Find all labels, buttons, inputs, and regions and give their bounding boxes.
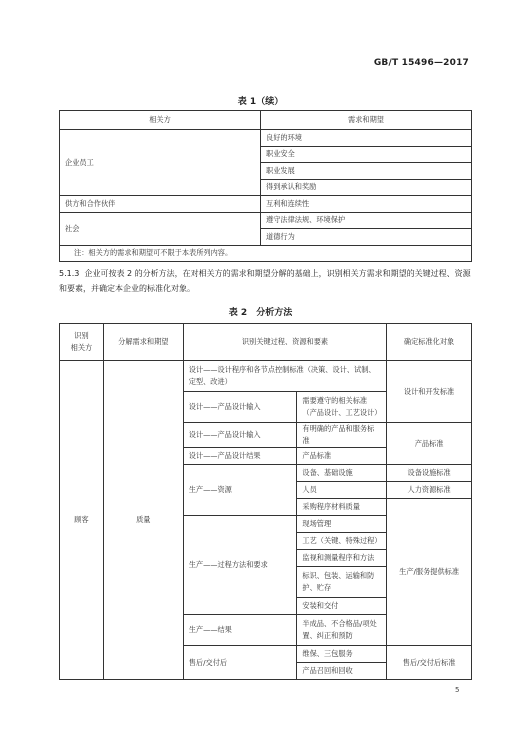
table-row: 社会 遵守法律法规、环境保护 [60,212,472,229]
element-cell: 采购程序材料质量 [297,499,387,516]
element-cell: 设备、基础设施 [297,465,387,482]
process-cell: 生产——过程方法和要求 [183,516,297,615]
table-note-row: 注：相关方的需求和期望可不限于本表所列内容。 [60,245,472,262]
table-1-stakeholders: 相关方 需求和期望 企业员工 良好的环境 职业安全 职业发展 得到承认和奖励 供… [59,110,472,262]
element-cell: 产品标准 [297,448,387,465]
col-header-identify: 识别关键过程、资源和要素 [183,324,386,361]
table-row: 企业员工 良好的环境 [60,130,472,147]
need-cell: 得到承认和奖励 [261,179,472,196]
col-header-needs: 需求和期望 [261,111,472,130]
process-cell: 设计——产品设计结果 [183,448,297,465]
col-header-object: 确定标准化对象 [387,324,472,361]
need-cell: 良好的环境 [261,130,472,147]
object-cell: 设备设施标准 [387,465,472,482]
element-cell: 半成品、不合格品/项处置、纠正和预防 [297,615,387,646]
need-cell: 职业发展 [261,163,472,180]
table-2-analysis-method: 识别 相关方 分解需求和期望 识别关键过程、资源和要素 确定标准化对象 顾客 质… [59,323,472,680]
element-cell: 有明确的产品和服务标准 [297,423,387,448]
element-cell: 监视和测量程序和方法 [297,550,387,567]
object-cell: 售后/交付后标准 [387,646,472,680]
process-cell: 设计——设计程序和各节点控制标准（决策、设计、试制、定型、改进） [183,361,386,392]
need-cell: 质量 [103,361,183,680]
table-note: 注：相关方的需求和期望可不限于本表所列内容。 [60,245,472,262]
need-cell: 道德行为 [261,229,472,246]
process-cell: 生产——结果 [183,615,297,646]
need-cell: 遵守法律法规、环境保护 [261,212,472,229]
table2-caption: 表 2 分析方法 [0,305,521,318]
clause-5-1-3: 5.1.3 企业可按表 2 的分析方法，在对相关方的需求和期望分解的基础上，识别… [59,266,472,296]
object-cell: 设计和开发标准 [387,361,472,423]
table-row: 顾客 质量 设计——设计程序和各节点控制标准（决策、设计、试制、定型、改进） 设… [60,361,472,392]
process-cell: 设计——产品设计输入 [183,423,297,448]
col-header-stakeholder: 相关方 [60,111,261,130]
party-cell: 社会 [60,212,261,245]
element-cell: 人员 [297,482,387,499]
page-number: 5 [455,686,459,694]
element-cell: 需要遵守的相关标准（产品设计、工艺设计） [297,392,387,423]
table1-caption: 表 1（续） [0,94,521,107]
party-cell: 顾客 [60,361,104,680]
clause-text: 企业可按表 2 的分析方法，在对相关方的需求和期望分解的基础上，识别相关方需求和… [59,269,471,293]
need-cell: 职业安全 [261,146,472,163]
col-header-decompose: 分解需求和期望 [103,324,183,361]
element-cell: 标识、包装、运输和防护、贮存 [297,567,387,598]
process-cell: 设计——产品设计输入 [183,392,297,423]
clause-number: 5.1.3 [59,269,79,278]
element-cell: 安装和交付 [297,598,387,615]
party-cell: 供方和合作伙伴 [60,196,261,213]
element-cell: 产品召回和回收 [297,663,387,680]
element-cell: 维保、三包服务 [297,646,387,663]
element-cell: 工艺（关键、特殊过程） [297,533,387,550]
party-cell: 企业员工 [60,130,261,196]
standard-code-header: GB/T 15496—2017 [374,58,469,68]
element-cell: 现场管理 [297,516,387,533]
process-cell: 售后/交付后 [183,646,297,680]
object-cell: 产品标准 [387,423,472,465]
col-header-party: 识别 相关方 [60,324,104,361]
object-cell: 人力资源标准 [387,482,472,499]
table-row: 供方和合作伙伴 互利和连续性 [60,196,472,213]
object-cell: 生产/服务提供标准 [387,499,472,646]
need-cell: 互利和连续性 [261,196,472,213]
process-cell: 生产——资源 [183,465,297,516]
